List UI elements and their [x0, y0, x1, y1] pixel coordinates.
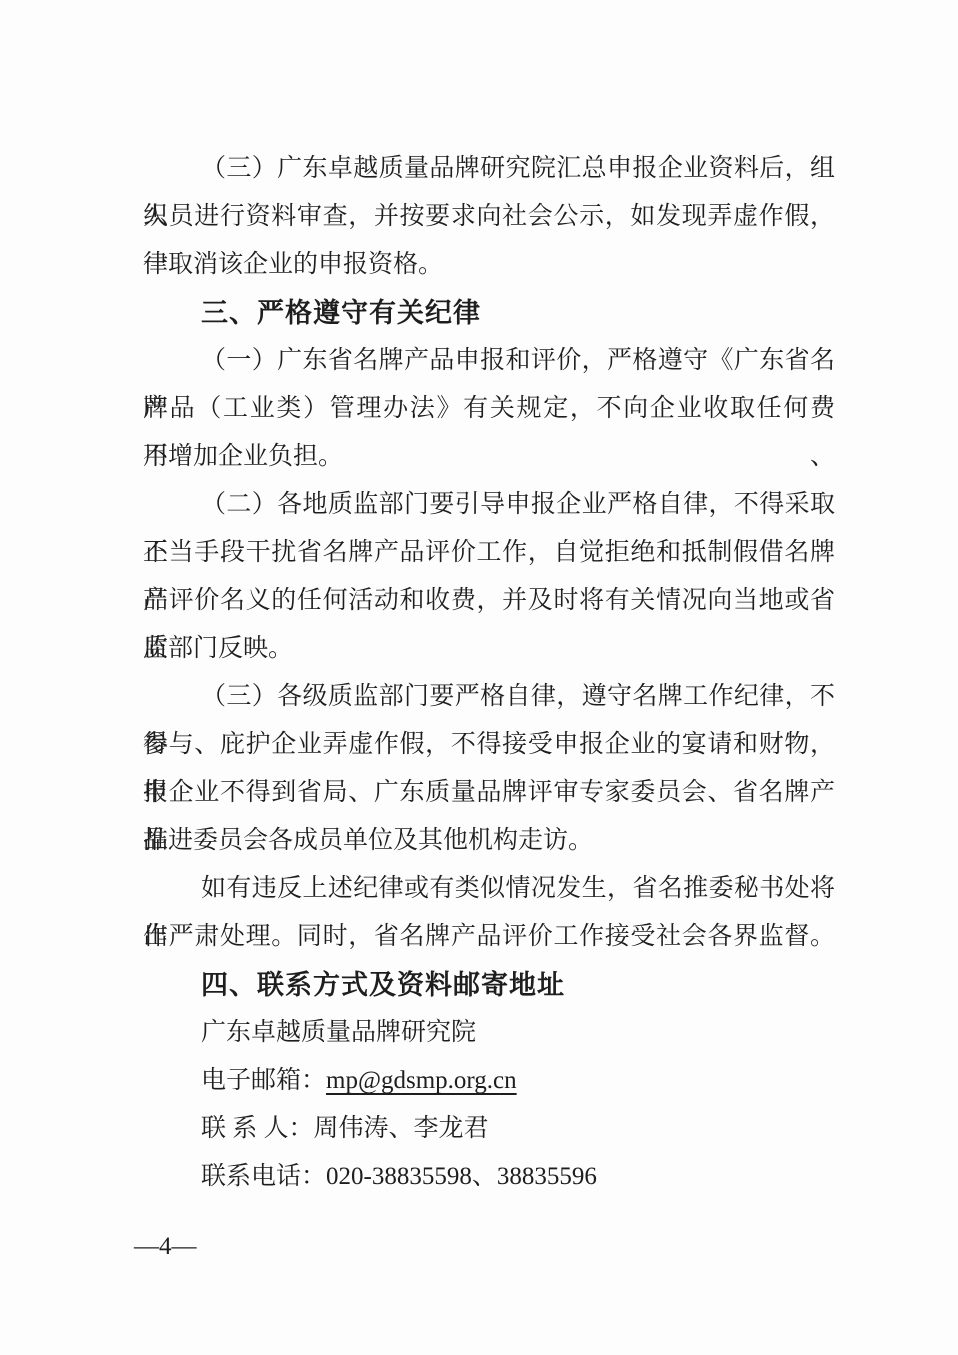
s3-note-line2: 出严肃处理。同时，省名牌产品评价工作接受社会各界监督。: [143, 913, 835, 961]
s3-note-line1: 如有违反上述纪律或有类似情况发生，省名推委秘书处将作: [143, 865, 835, 913]
s3-item1-line2: 产品（工业类）管理办法》有关规定，不向企业收取任何费用、: [143, 385, 835, 433]
contact-org-line: 广东卓越质量品牌研究院: [143, 1009, 835, 1057]
s3-item2-line4: 监部门反映。: [143, 625, 835, 673]
para-item3-review-line3: 律取消该企业的申报资格。: [143, 241, 835, 289]
email-label: 电子邮箱：: [201, 1067, 326, 1094]
email-text: mp@gdsmp.org.cn: [326, 1067, 517, 1094]
para-item3-review-line1: （三）广东卓越质量品牌研究院汇总申报企业资料后，组织: [143, 145, 835, 193]
s3-item1-line1: （一）广东省名牌产品申报和评价，严格遵守《广东省名牌: [143, 337, 835, 385]
document-page: （三）广东卓越质量品牌研究院汇总申报企业资料后，组织 人员进行资料审查，并按要求…: [0, 0, 958, 1355]
contact-phone-line: 联系电话：020-38835598、38835596: [143, 1153, 835, 1201]
s3-item2-line1: （二）各地质监部门要引导申报企业严格自律，不得采取不: [143, 481, 835, 529]
section4-heading: 四、联系方式及资料邮寄地址: [143, 961, 835, 1009]
s3-item3-line3: 报企业不得到省局、广东质量品牌评审专家委员会、省名牌产品: [143, 769, 835, 817]
document-content: （三）广东卓越质量品牌研究院汇总申报企业资料后，组织 人员进行资料审查，并按要求…: [143, 145, 835, 1201]
s3-item2-line3: 品评价名义的任何活动和收费，并及时将有关情况向当地或省质: [143, 577, 835, 625]
contact-email-line: 电子邮箱：mp@gdsmp.org.cn: [143, 1057, 835, 1105]
s3-item3-line1: （三）各级质监部门要严格自律，遵守名牌工作纪律，不得: [143, 673, 835, 721]
s3-item3-line2: 参与、庇护企业弄虚作假，不得接受申报企业的宴请和财物，申: [143, 721, 835, 769]
page-number: —4—: [134, 1232, 197, 1262]
section3-heading: 三、严格遵守有关纪律: [143, 289, 835, 337]
s3-item2-line2: 正当手段干扰省名牌产品评价工作，自觉拒绝和抵制假借名牌产: [143, 529, 835, 577]
contact-person-line: 联 系 人：周伟涛、李龙君: [143, 1105, 835, 1153]
s3-item3-line4: 推进委员会各成员单位及其他机构走访。: [143, 817, 835, 865]
para-item3-review-line2: 人员进行资料审查，并按要求向社会公示，如发现弄虚作假，一: [143, 193, 835, 241]
